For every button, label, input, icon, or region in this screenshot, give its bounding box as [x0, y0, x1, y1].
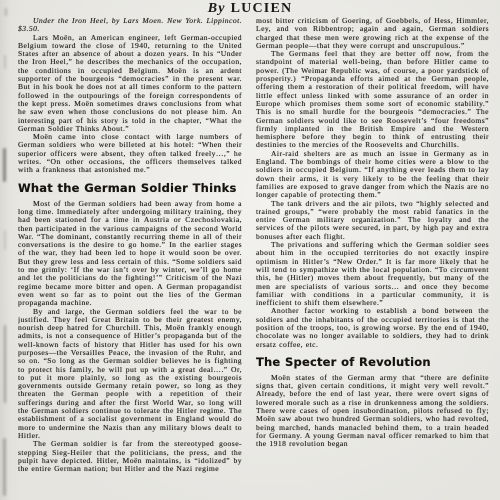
paragraph: The Germans feel that they are better of… [256, 50, 489, 150]
paragraph: Moën came into close contact with large … [18, 133, 242, 174]
scan-smudge [3, 148, 6, 182]
paragraph: Air-raid shelters are as much an issue i… [256, 150, 489, 200]
paragraph: The privations and suffering which the G… [256, 241, 489, 307]
paragraph: Another factor working to establish a bo… [256, 307, 489, 348]
left-column: Under the Iron Heel, by Lars Moen. New Y… [18, 17, 242, 500]
section-heading: The Specter of Revolution [256, 356, 489, 369]
scan-smudge [4, 55, 6, 69]
book-citation: Under the Iron Heel, by Lars Moen. New Y… [18, 17, 242, 34]
byline: ByLUCIEN [0, 1, 500, 17]
byline-by: By [208, 1, 226, 16]
paragraph: The tank drivers and the air pilots, two… [256, 200, 489, 241]
scan-smudge [4, 230, 6, 250]
section-heading: What the German Soldier Thinks [18, 182, 242, 195]
paragraph: The German soldier is far from the stere… [18, 440, 242, 473]
scan-smudge [4, 325, 6, 403]
paragraph-continuation: most bitter criticism of Goering, of Goe… [256, 17, 489, 50]
right-column: most bitter criticism of Goering, of Goe… [256, 17, 489, 500]
paragraph: Moën states of the German army that “the… [256, 374, 489, 449]
scanned-article-page: ByLUCIEN Under the Iron Heel, by Lars Mo… [0, 0, 500, 500]
paragraph: By and large, the German soldiers feel t… [18, 308, 242, 441]
paragraph: Most of the German soldiers had been awa… [18, 200, 242, 308]
byline-author: LUCIEN [231, 1, 293, 16]
paragraph: Lars Moën, an American engineer, left Ge… [18, 34, 242, 134]
scan-smudge [3, 438, 6, 496]
